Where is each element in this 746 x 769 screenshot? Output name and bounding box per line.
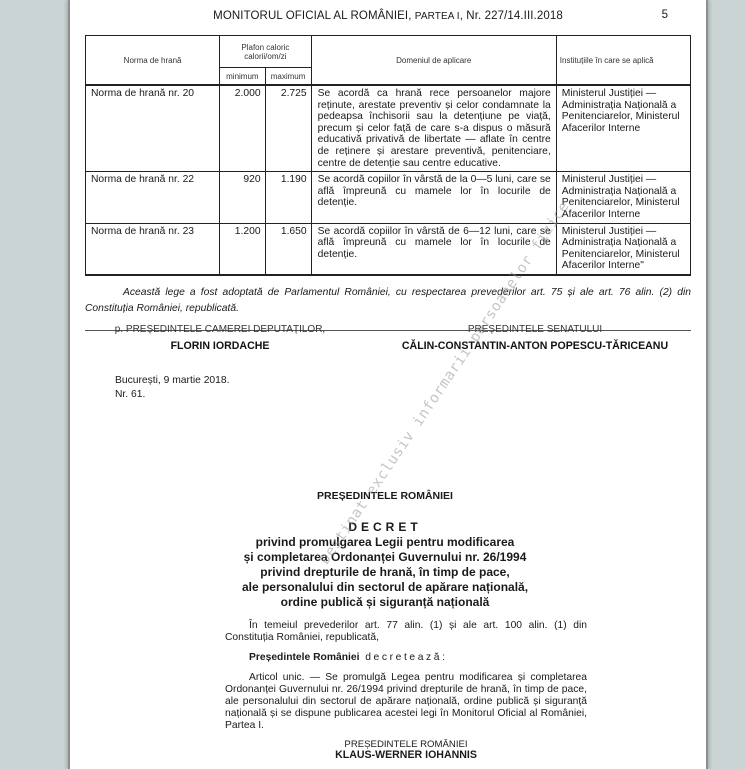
norm-name: Norma de hrană nr. 22 <box>86 172 220 223</box>
page-header: MONITORUL OFICIAL AL ROMÂNIEI, PARTEA I,… <box>70 10 706 22</box>
table-row: Norma de hrană nr. 23 1.200 1.650 Se aco… <box>86 223 691 275</box>
decree-body: În temeiul prevederilor art. 77 alin. (1… <box>225 620 587 761</box>
signature-name: KLAUS-WERNER IOHANNIS <box>225 750 587 761</box>
decrees-line: Președintele României decretează: <box>225 652 587 664</box>
president-signature: PREȘEDINTELE ROMÂNIEI KLAUS-WERNER IOHAN… <box>225 739 587 761</box>
institutions: Ministerul Justiției — Administrația Naț… <box>556 172 690 223</box>
domain-description: Se acordă copiilor în vârstă de la 0—5 l… <box>311 172 556 223</box>
place-date-text: București, 9 martie 2018. <box>115 374 229 388</box>
header-norm-name: Norma de hrană <box>86 36 220 86</box>
law-number: Nr. 61. <box>115 388 229 402</box>
decree-subject-line: ale personalului din sectorul de apărare… <box>185 580 585 595</box>
decree-subject-line: și completarea Ordonanței Guvernului nr.… <box>185 550 585 565</box>
domain-description: Se acordă copiilor în vârstă de 6—12 lun… <box>311 223 556 275</box>
decree-subject-line: privind promulgarea Legii pentru modific… <box>185 535 585 550</box>
header-maximum: maximum <box>265 68 311 86</box>
food-norms-table: Norma de hrană Plafon caloric calorii/om… <box>85 35 691 276</box>
institutions: Ministerul Justiției — Administrația Naț… <box>556 85 690 172</box>
decree-title: DECRET <box>185 520 585 534</box>
institutions: Ministerul Justiției — Administrația Naț… <box>556 223 690 275</box>
header-institutions: Instituțiile în care se aplică <box>556 36 690 86</box>
signature-name: FLORIN IORDACHE <box>100 340 340 352</box>
decree-subject: privind promulgarea Legii pentru modific… <box>185 535 585 610</box>
signature-name: CĂLIN-CONSTANTIN-ANTON POPESCU-TĂRICEANU <box>370 340 700 352</box>
calories-minimum: 1.200 <box>220 223 265 275</box>
header-domain: Domeniul de aplicare <box>311 36 556 86</box>
place-and-date: București, 9 martie 2018. Nr. 61. <box>115 374 229 402</box>
signature-chamber-of-deputies: p. PREȘEDINTELE CAMEREI DEPUTAȚILOR, FLO… <box>100 324 340 352</box>
decrees-verb: decretează: <box>365 652 447 663</box>
decree-heading: PREȘEDINTELE ROMÂNIEI DECRET privind pro… <box>185 490 585 610</box>
header-part: PARTEA I <box>415 11 460 22</box>
decree-subject-line: ordine publică și siguranță națională <box>185 595 585 610</box>
adoption-statement: Această lege a fost adoptată de Parlamen… <box>85 285 691 317</box>
norm-name: Norma de hrană nr. 23 <box>86 223 220 275</box>
calories-minimum: 2.000 <box>220 85 265 172</box>
calories-maximum: 1.190 <box>265 172 311 223</box>
table-row: Norma de hrană nr. 22 920 1.190 Se acord… <box>86 172 691 223</box>
decrees-subject: Președintele României <box>249 652 359 663</box>
header-caloric-ceiling: Plafon caloric calorii/om/zi <box>220 36 311 68</box>
domain-description: Se acordă ca hrană rece persoanelor majo… <box>311 85 556 172</box>
norm-name: Norma de hrană nr. 20 <box>86 85 220 172</box>
signature-title: p. PREȘEDINTELE CAMEREI DEPUTAȚILOR, <box>100 324 340 335</box>
signature-senate: PREȘEDINTELE SENATULUI CĂLIN-CONSTANTIN-… <box>370 324 700 352</box>
legal-basis: În temeiul prevederilor art. 77 alin. (1… <box>225 620 587 644</box>
calories-maximum: 1.650 <box>265 223 311 275</box>
signature-title: PREȘEDINTELE SENATULUI <box>370 324 700 335</box>
header-issue: , Nr. 227/14.III.2018 <box>460 10 563 22</box>
document-page: MONITORUL OFICIAL AL ROMÂNIEI, PARTEA I,… <box>70 0 706 769</box>
decree-subject-line: privind drepturile de hrană, în timp de … <box>185 565 585 580</box>
decree-issuer: PREȘEDINTELE ROMÂNIEI <box>185 490 585 502</box>
page-number: 5 <box>662 9 668 21</box>
table-row: Norma de hrană nr. 20 2.000 2.725 Se aco… <box>86 85 691 172</box>
sole-article: Articol unic. — Se promulgă Legea pentru… <box>225 672 587 732</box>
header-title: MONITORUL OFICIAL AL ROMÂNIEI, <box>213 10 415 22</box>
calories-minimum: 920 <box>220 172 265 223</box>
header-minimum: minimum <box>220 68 265 86</box>
calories-maximum: 2.725 <box>265 85 311 172</box>
